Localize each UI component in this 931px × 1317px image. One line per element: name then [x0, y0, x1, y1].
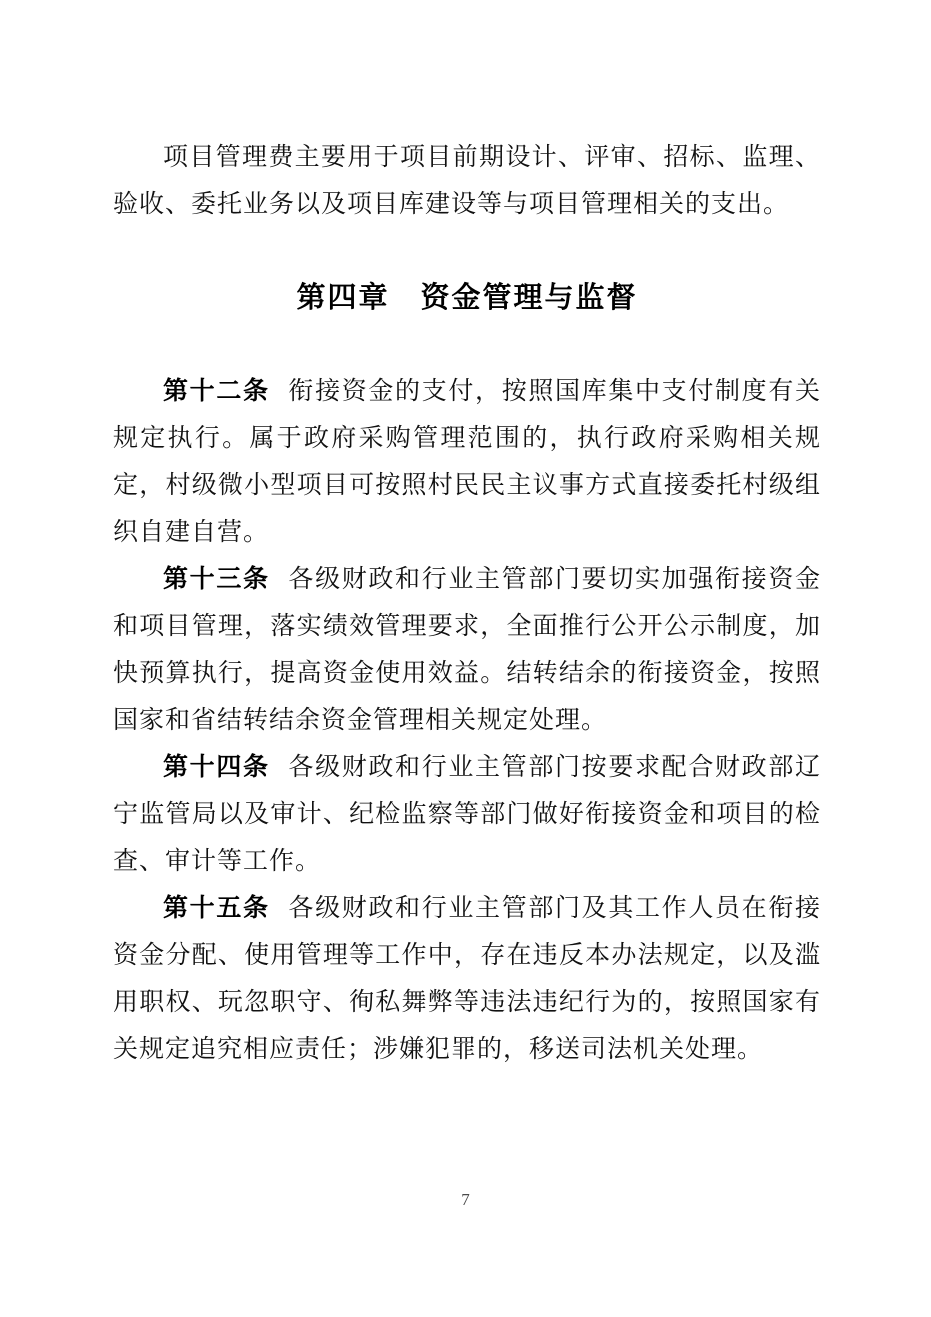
article-15-label: 第十五条 — [163, 894, 270, 922]
page-number: 7 — [0, 1188, 931, 1212]
document-body: 项目管理费主要用于项目前期设计、评审、招标、监理、验收、委托业务以及项目库建设等… — [113, 134, 821, 1073]
document-page: 项目管理费主要用于项目前期设计、评审、招标、监理、验收、委托业务以及项目库建设等… — [0, 0, 931, 1317]
article-13-label: 第十三条 — [163, 565, 270, 593]
article-14-label: 第十四条 — [163, 753, 270, 781]
article-12-label: 第十二条 — [163, 377, 270, 405]
article-paragraph-13: 第十三条各级财政和行业主管部门要切实加强衔接资金和项目管理，落实绩效管理要求，全… — [113, 556, 821, 744]
intro-paragraph: 项目管理费主要用于项目前期设计、评审、招标、监理、验收、委托业务以及项目库建设等… — [113, 134, 821, 228]
chapter-heading: 第四章 资金管理与监督 — [113, 274, 821, 322]
article-paragraph-12: 第十二条衔接资金的支付，按照国库集中支付制度有关规定执行。属于政府采购管理范围的… — [113, 368, 821, 556]
article-paragraph-15: 第十五条各级财政和行业主管部门及其工作人员在衔接资金分配、使用管理等工作中，存在… — [113, 885, 821, 1073]
article-paragraph-14: 第十四条各级财政和行业主管部门按要求配合财政部辽宁监管局以及审计、纪检监察等部门… — [113, 744, 821, 885]
